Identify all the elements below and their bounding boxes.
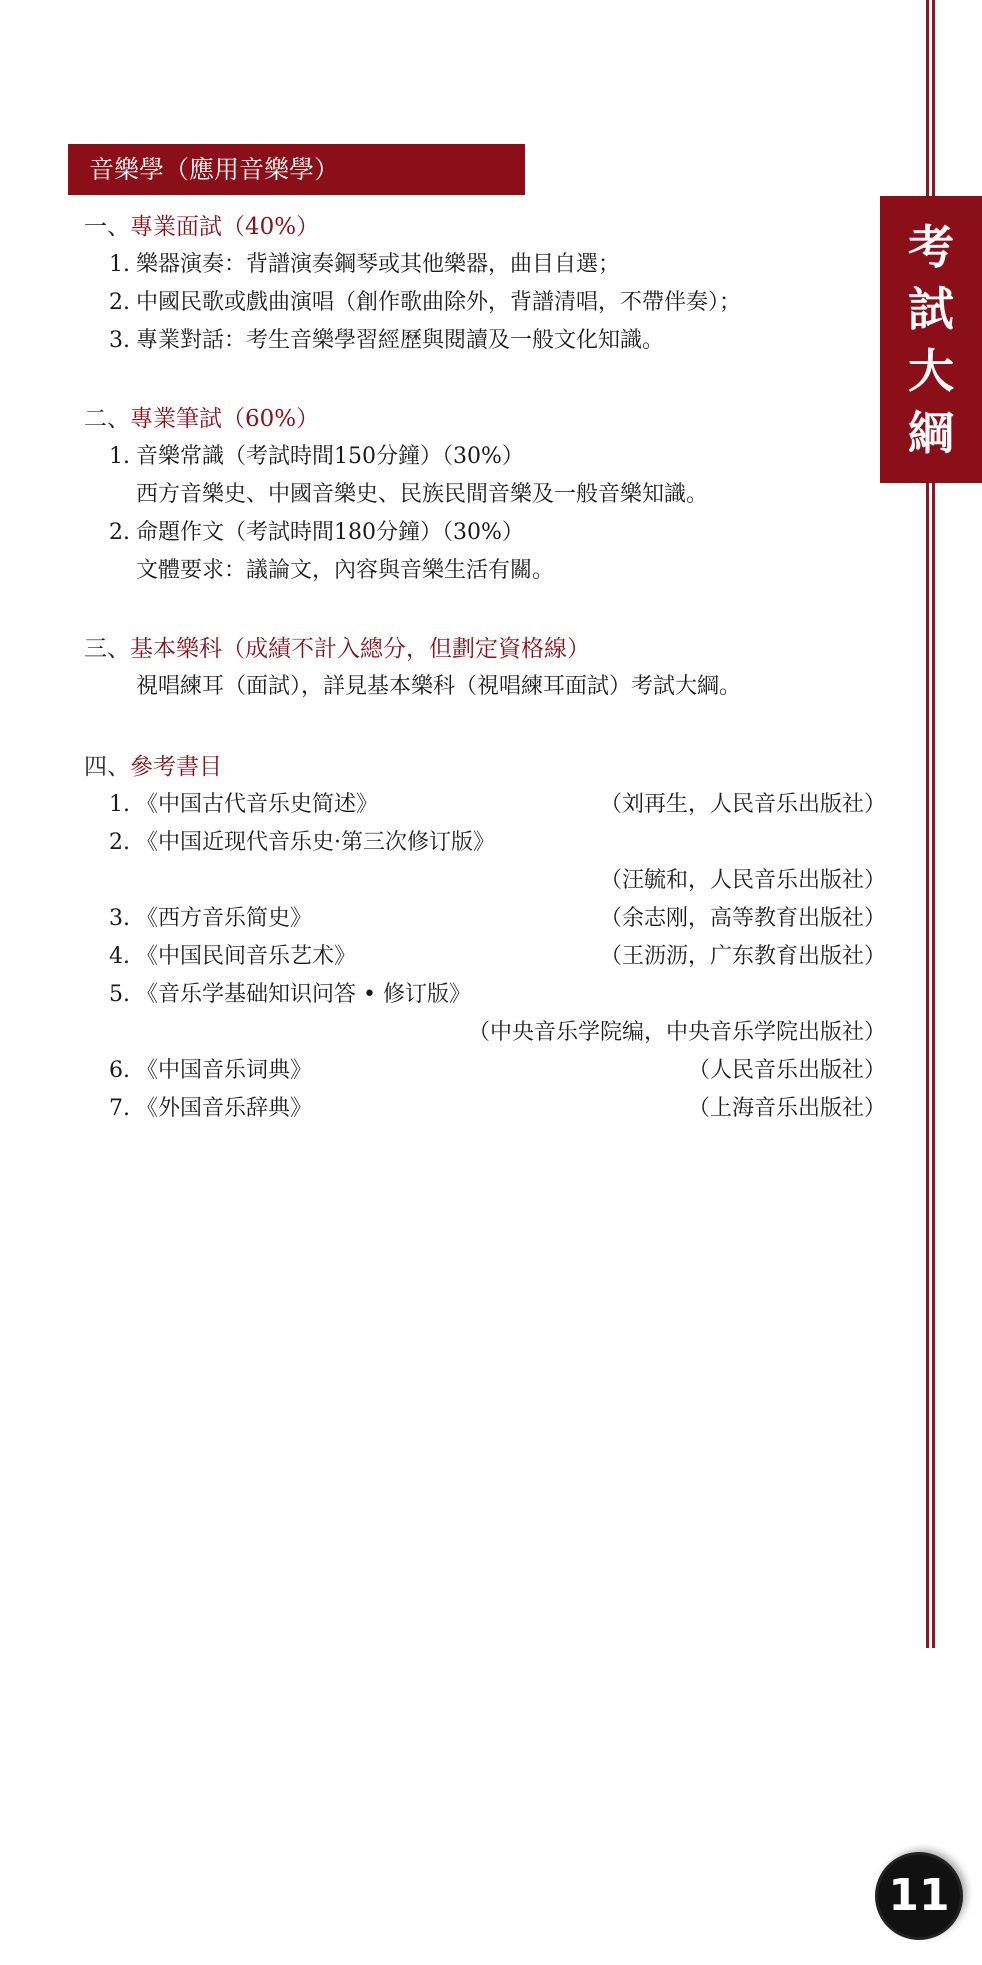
item-text: 專業對話：考生音樂學習經歷與閱讀及一般文化知識。 <box>136 328 664 353</box>
book-publisher: （王沥沥，广东教育出版社） <box>600 938 886 976</box>
item-text: 中國民歌或戲曲演唱（創作歌曲除外，背譜清唱，不帶伴奏）； <box>136 290 741 315</box>
section-prefix: 一、 <box>84 214 130 240</box>
list-item: 2.命題作文（考試時間180分鐘）（30%） <box>84 514 884 552</box>
book-publisher: （刘再生，人民音乐出版社） <box>600 786 886 824</box>
section-title: 專業筆試（60%） <box>130 406 319 432</box>
book-title: 《中国古代音乐史简述》 <box>136 792 378 817</box>
item-detail: 文體要求：議論文，內容與音樂生活有關。 <box>84 552 884 590</box>
section-heading: 一、專業面試（40%） <box>84 208 884 246</box>
section-prefix: 二、 <box>84 406 130 432</box>
book-item: 7.《外国音乐辞典》（上海音乐出版社） <box>84 1090 884 1128</box>
book-title: 《中国近现代音乐史·第三次修订版》 <box>136 830 495 855</box>
item-number: 6. <box>84 1052 136 1090</box>
section-title: 基本樂科（成績不計入總分，但劃定資格線） <box>130 636 590 662</box>
item-number: 2. <box>84 514 136 552</box>
item-number: 2. <box>84 824 136 862</box>
item-number: 3. <box>84 322 136 360</box>
book-publisher: （中央音乐学院编，中央音乐学院出版社） <box>468 1014 886 1052</box>
item-text: 音樂常識（考試時間150分鐘）（30%） <box>136 444 524 469</box>
book-item: 6.《中国音乐词典》（人民音乐出版社） <box>84 1052 884 1090</box>
section-prefix: 四、 <box>84 754 130 780</box>
document-body: 一、專業面試（40%） 1.樂器演奏：背譜演奏鋼琴或其他樂器，曲目自選； 2.中… <box>84 208 884 1128</box>
page-title: 音樂學（應用音樂學） <box>68 144 525 195</box>
list-item: 1.樂器演奏：背譜演奏鋼琴或其他樂器，曲目自選； <box>84 246 884 284</box>
side-tab-char: 大 <box>908 340 954 402</box>
book-title: 《中国音乐词典》 <box>136 1058 312 1083</box>
section-heading: 二、專業筆試（60%） <box>84 400 884 438</box>
item-number: 1. <box>84 786 136 824</box>
item-detail: 西方音樂史、中國音樂史、民族民間音樂及一般音樂知識。 <box>84 476 884 514</box>
book-publisher: （上海音乐出版社） <box>688 1090 886 1128</box>
list-item: 3.專業對話：考生音樂學習經歷與閱讀及一般文化知識。 <box>84 322 884 360</box>
book-publisher: （汪毓和，人民音乐出版社） <box>600 862 886 900</box>
book-title: 《西方音乐简史》 <box>136 906 312 931</box>
side-tab-char: 綱 <box>908 402 954 464</box>
book-title: 《音乐学基础知识问答 • 修订版》 <box>136 982 471 1007</box>
side-tab-char: 試 <box>908 278 954 340</box>
book-publisher-line: （汪毓和，人民音乐出版社） <box>84 862 884 900</box>
item-number: 2. <box>84 284 136 322</box>
book-item: 3.《西方音乐简史》（余志刚，高等教育出版社） <box>84 900 884 938</box>
book-title: 《外国音乐辞典》 <box>136 1096 312 1121</box>
section-title: 參考書目 <box>130 754 222 780</box>
book-item: 5.《音乐学基础知识问答 • 修订版》 <box>84 976 884 1014</box>
item-text: 命題作文（考試時間180分鐘）（30%） <box>136 520 524 545</box>
section-prefix: 三、 <box>84 636 130 662</box>
item-number: 1. <box>84 246 136 284</box>
list-item: 2.中國民歌或戲曲演唱（創作歌曲除外，背譜清唱，不帶伴奏）； <box>84 284 884 322</box>
section-heading: 三、基本樂科（成績不計入總分，但劃定資格線） <box>84 630 884 668</box>
section-detail: 視唱練耳（面試），詳見基本樂科（視唱練耳面試）考試大綱。 <box>84 668 884 706</box>
item-text: 樂器演奏：背譜演奏鋼琴或其他樂器，曲目自選； <box>136 252 620 277</box>
item-number: 3. <box>84 900 136 938</box>
book-publisher: （余志刚，高等教育出版社） <box>600 900 886 938</box>
side-tab-exam-outline: 考 試 大 綱 <box>880 196 982 483</box>
page-number-badge: 11 <box>878 1855 960 1937</box>
item-number: 1. <box>84 438 136 476</box>
section-title: 專業面試（40%） <box>130 214 319 240</box>
book-item: 2.《中国近现代音乐史·第三次修订版》 <box>84 824 884 862</box>
list-item: 1.音樂常識（考試時間150分鐘）（30%） <box>84 438 884 476</box>
book-title: 《中国民间音乐艺术》 <box>136 944 356 969</box>
book-publisher-line: （中央音乐学院编，中央音乐学院出版社） <box>84 1014 884 1052</box>
book-item: 1.《中国古代音乐史简述》（刘再生，人民音乐出版社） <box>84 786 884 824</box>
book-item: 4.《中国民间音乐艺术》（王沥沥，广东教育出版社） <box>84 938 884 976</box>
item-number: 4. <box>84 938 136 976</box>
item-number: 5. <box>84 976 136 1014</box>
section-heading: 四、參考書目 <box>84 748 884 786</box>
side-tab-char: 考 <box>908 216 954 278</box>
item-number: 7. <box>84 1090 136 1128</box>
book-publisher: （人民音乐出版社） <box>688 1052 886 1090</box>
